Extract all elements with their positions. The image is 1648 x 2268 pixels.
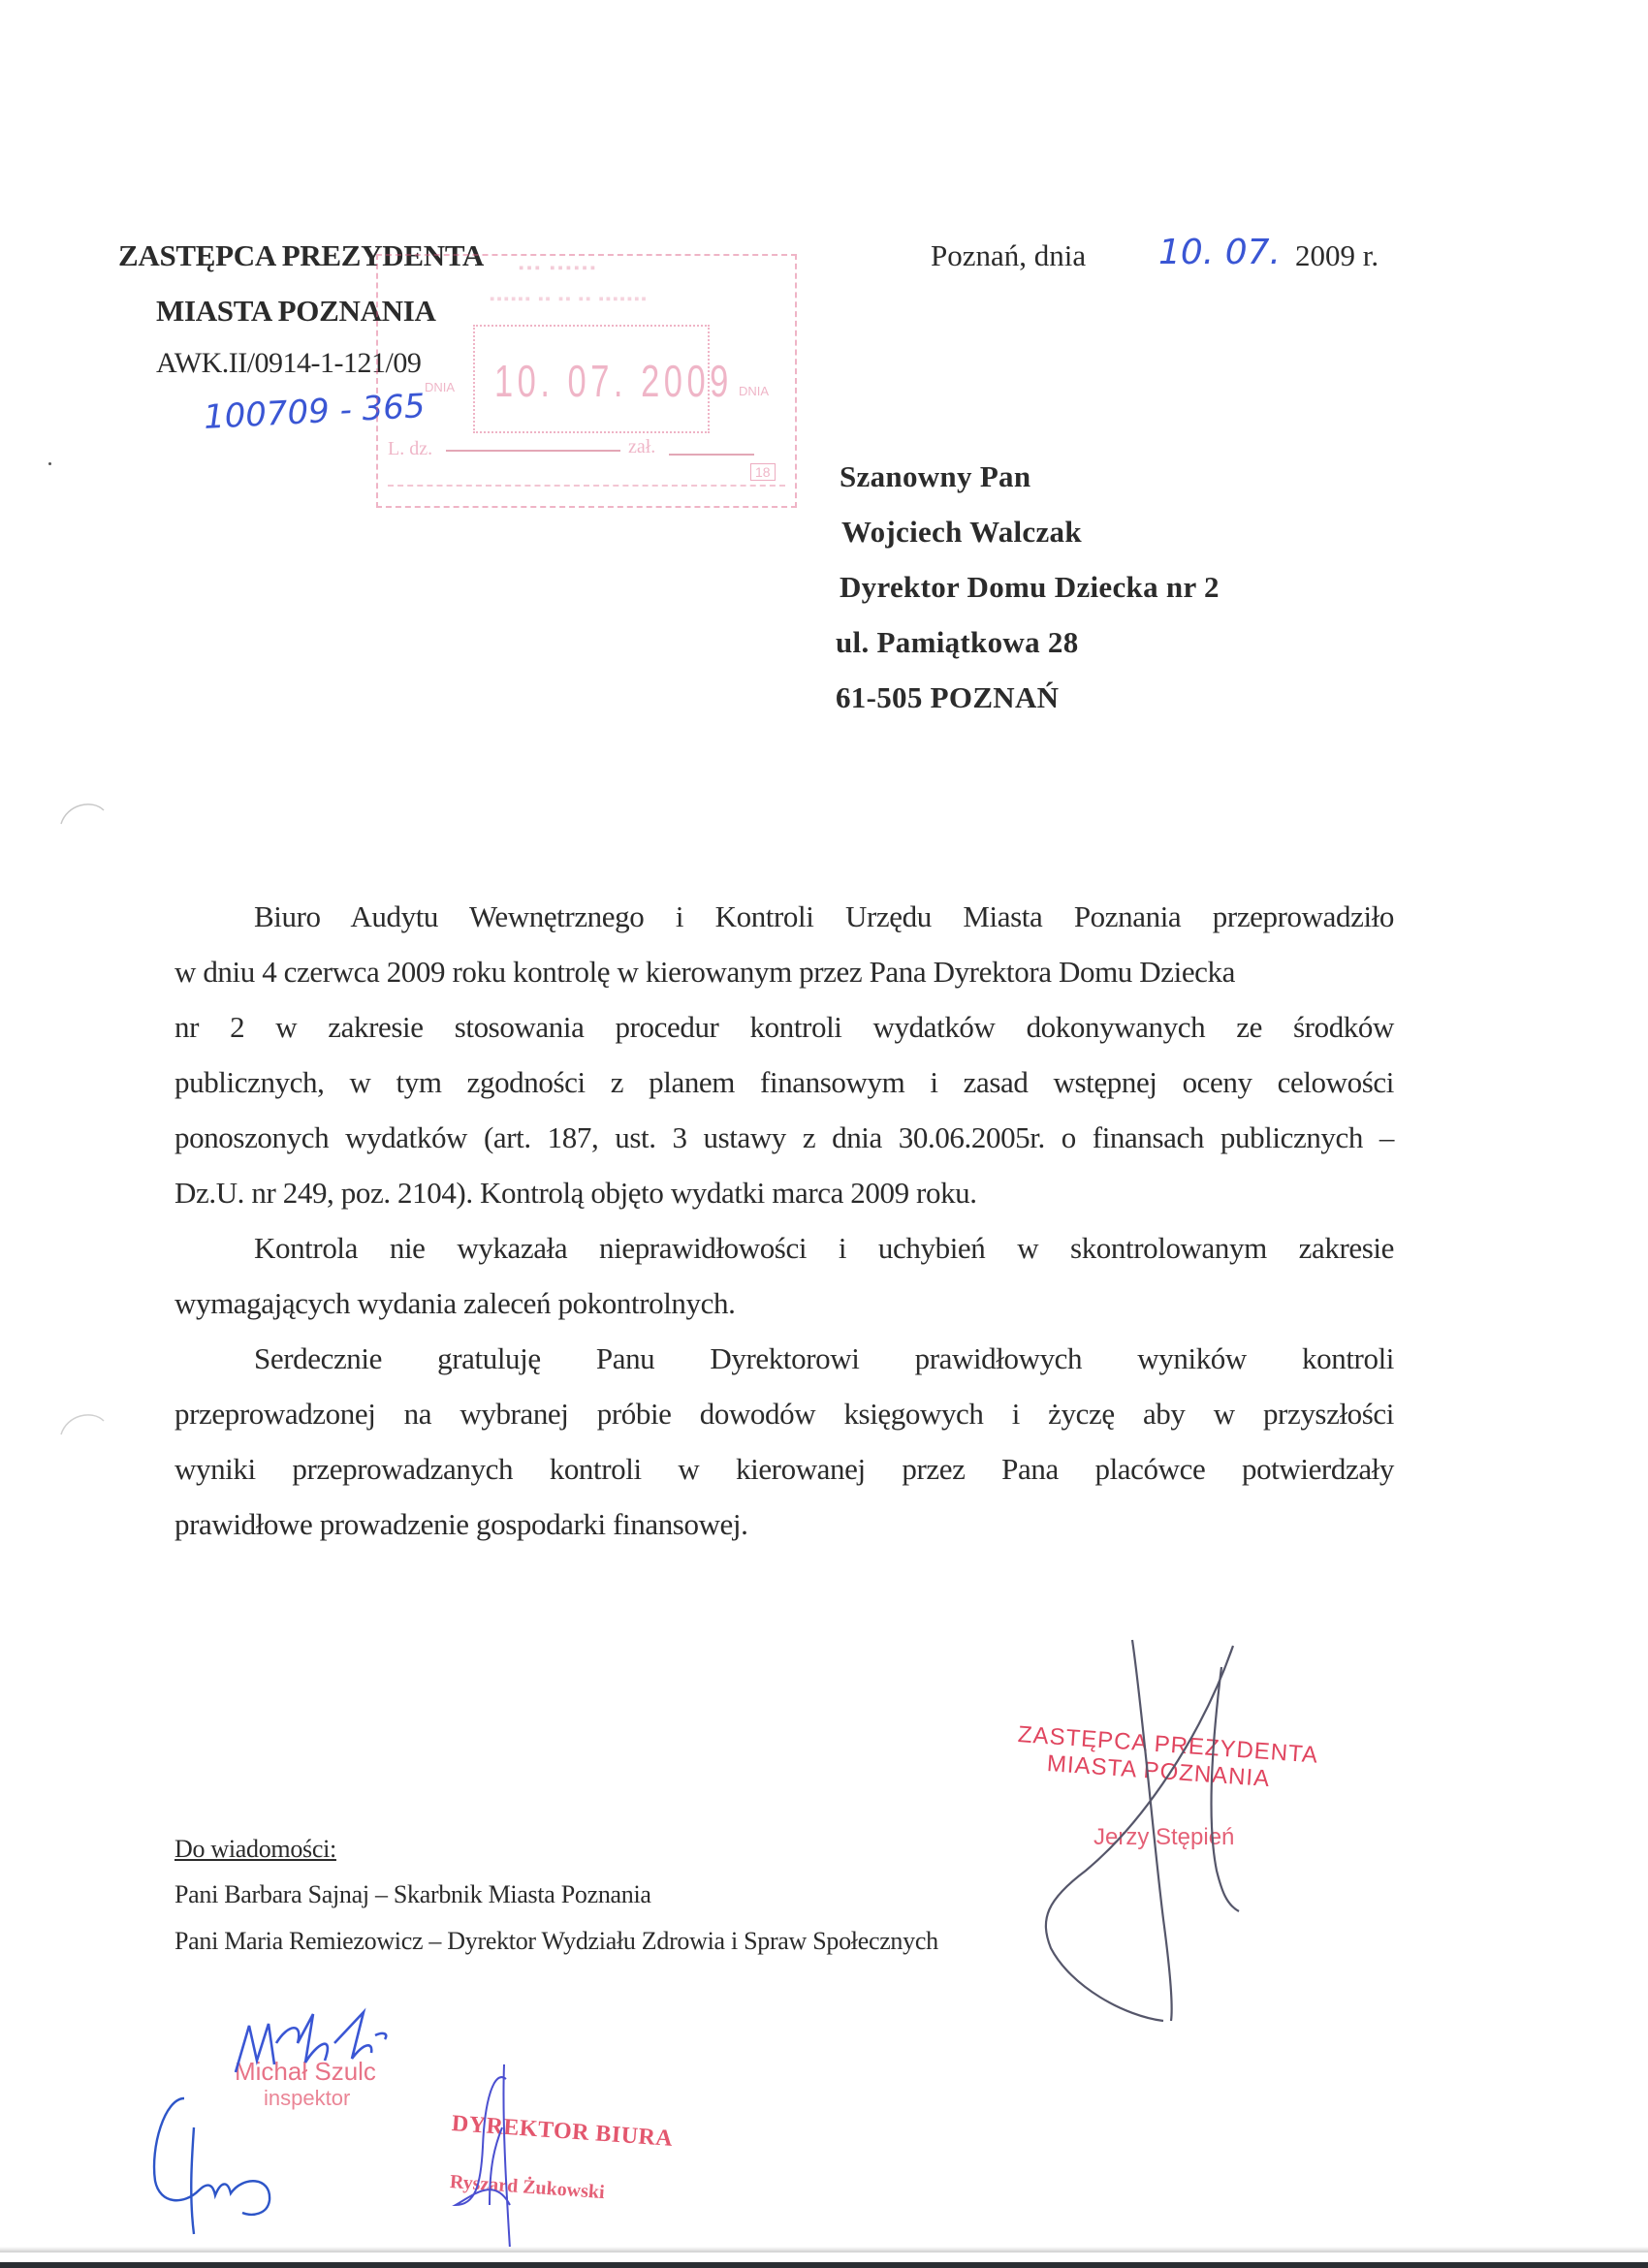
registry-stamp-left-label: DNIA (425, 380, 455, 394)
margin-hole-punch-mark-icon (53, 1407, 111, 1436)
margin-hole-punch-mark-icon (53, 797, 111, 826)
scanner-bed-edge (0, 2262, 1648, 2268)
body-line: nr 2 w zakresie stosowania procedur kont… (174, 1010, 1394, 1045)
inspector-signature-icon (228, 2004, 402, 2082)
date-year: 2009 r. (1295, 238, 1379, 273)
registry-stamp-right-label: DNIA (739, 384, 769, 398)
body-line: przeprowadzonej na wybranej próbie dowod… (174, 1397, 1394, 1432)
registry-stamp-zal-line (669, 454, 754, 456)
body-line: publicznych, w tym zgodności z planem fi… (174, 1065, 1394, 1100)
handwritten-initials-icon (145, 2089, 320, 2234)
registry-stamp-date: 10. 07. 2009 (494, 355, 733, 407)
registry-stamp-zal-label: zał. (628, 436, 655, 458)
body-line: Kontrola nie wykazała nieprawidłowości i… (254, 1231, 1394, 1266)
body-line: ponoszonych wydatków (art. 187, ust. 3 u… (174, 1120, 1394, 1155)
registry-stamp-corner-number: 18 (750, 463, 776, 481)
body-line: Biuro Audytu Wewnętrznego i Kontroli Urz… (254, 899, 1394, 934)
body-line: Serdecznie gratuluję Panu Dyrektorowi pr… (254, 1341, 1394, 1376)
cc-recipient: Pani Maria Remiezowicz – Dyrektor Wydzia… (174, 1927, 938, 1956)
addressee-salutation: Szanowny Pan (840, 459, 1030, 494)
page-bottom-edge-shadow (0, 2247, 1648, 2252)
registry-stamp-ldz-label: L. dz. (388, 438, 432, 460)
cc-recipient: Pani Barbara Sajnaj – Skarbnik Miasta Po… (174, 1880, 651, 1909)
registry-stamp-ldz-line (446, 450, 620, 452)
date-place: Poznań, dnia (931, 238, 1086, 273)
deputy-mayor-signature-icon (1028, 1628, 1280, 2035)
body-line: prawidłowe prowadzenie gospodarki finans… (174, 1507, 1394, 1542)
director-signature-icon (446, 2060, 523, 2253)
addressee-city: 61-505 POZNAŃ (836, 680, 1059, 715)
body-line: w dniu 4 czerwca 2009 roku kontrolę w ki… (174, 955, 1394, 990)
addressee-position: Dyrektor Domu Dziecka nr 2 (840, 570, 1220, 605)
cc-title: Do wiadomości: (174, 1835, 336, 1864)
registry-stamp-faded-address: ▪▪▪▪▪▪ ▪▪ ▪▪ ▪▪ ▪▪▪▪▪▪▪ (490, 291, 649, 307)
addressee-street: ul. Pamiątkowa 28 (836, 625, 1079, 660)
body-line: Dz.U. nr 249, poz. 2104). Kontrolą objęt… (174, 1176, 1394, 1211)
body-line: wymagających wydania zaleceń pokontrolny… (174, 1286, 1394, 1321)
addressee-name: Wojciech Walczak (841, 515, 1082, 550)
registry-stamp-bottom-line (388, 485, 785, 487)
body-line: wyniki przeprowadzanych kontroli w kiero… (174, 1452, 1394, 1487)
handwritten-date: 10. 07. (1158, 233, 1281, 272)
registry-stamp-faded-header: ▪▪▪ ▪▪▪▪▪▪ (519, 260, 598, 276)
scan-dust-speck (48, 462, 51, 465)
